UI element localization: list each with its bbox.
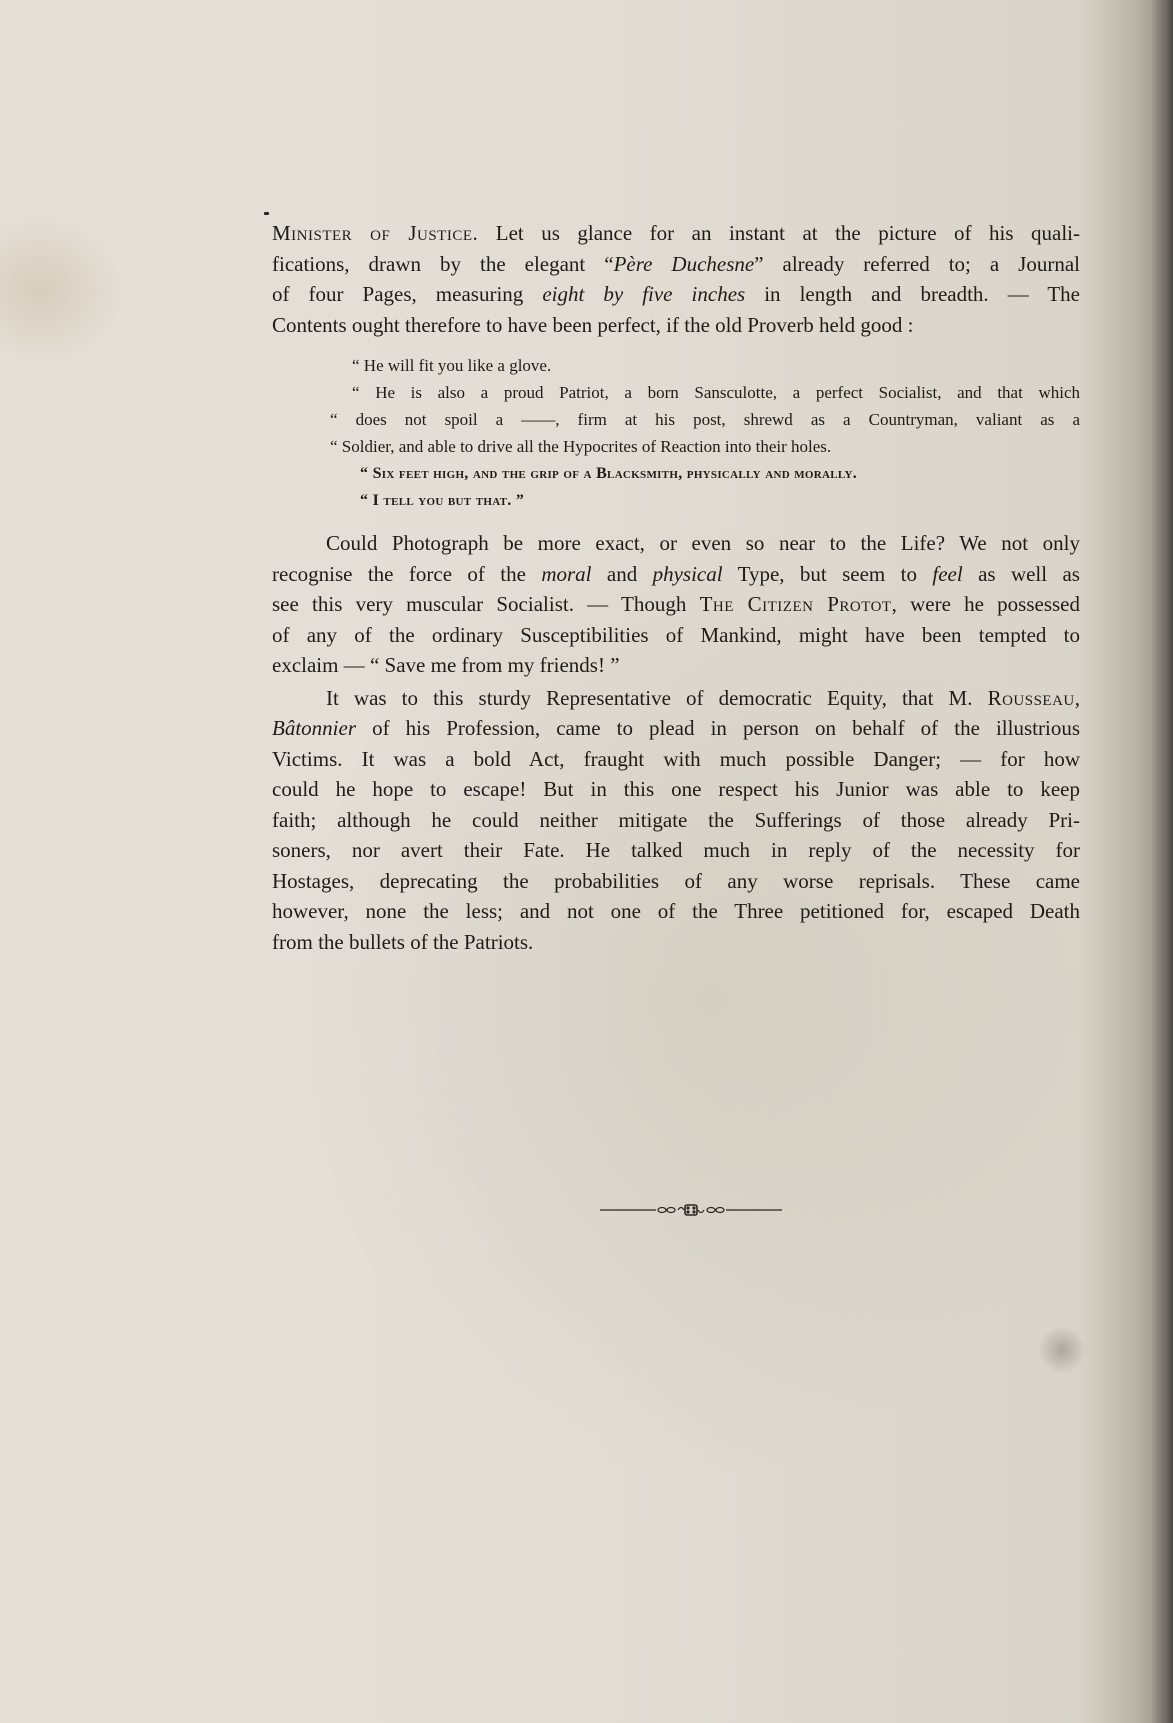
paragraph-minister-of-justice: Minister of Justice. Let us glance for a… (272, 218, 1080, 340)
text-line: faith; although he could neither mitigat… (272, 805, 1080, 836)
text-line: from the bullets of the Patriots. (272, 927, 1080, 958)
tailpiece-ornament-icon (600, 1202, 782, 1218)
quote-line-small-caps: “ I tell you but that. ” (272, 487, 1080, 514)
text-line: however, none the less; and not one of t… (272, 896, 1080, 927)
ink-mark (264, 212, 269, 215)
emphasis: eight by five inches (542, 282, 745, 306)
text-line: Victims. It was a bold Act, fraught with… (272, 744, 1080, 775)
scanned-book-page: Minister of Justice. Let us glance for a… (0, 0, 1173, 1723)
text-line: soners, nor avert their Fate. He talked … (272, 835, 1080, 866)
journal-title: Père Duchesne (614, 252, 755, 276)
small-caps-name: Rousseau (988, 686, 1075, 710)
paragraph-photograph: Could Photograph be more exact, or even … (272, 528, 1080, 681)
text-line: Contents ought therefore to have been pe… (272, 310, 1080, 341)
quote-line: “ Soldier, and able to drive all the Hyp… (272, 433, 1080, 460)
text-line: exclaim — “ Save me from my friends! ” (272, 650, 1080, 681)
text-line: could he hope to escape! But in this one… (272, 774, 1080, 805)
text-line: It was to this sturdy Representative of … (272, 683, 1080, 714)
quote-line: “ does not spoil a ——, firm at his post,… (272, 406, 1080, 433)
small-caps-name: The Citizen Protot (700, 592, 892, 616)
text-line: Minister of Justice. Let us glance for a… (272, 218, 1080, 249)
paragraph-rousseau: It was to this sturdy Representative of … (272, 683, 1080, 958)
book-spine-shadow (1151, 0, 1173, 1723)
text-line: of four Pages, measuring eight by five i… (272, 279, 1080, 310)
quote-line: “ He will fit you like a glove. (272, 352, 1080, 379)
quote-line-small-caps: “ Six feet high, and the grip of a Black… (272, 460, 1080, 487)
text-line: Hostages, deprecating the probabilities … (272, 866, 1080, 897)
text-line: fications, drawn by the elegant “Père Du… (272, 249, 1080, 280)
text-line: see this very muscular Socialist. — Thou… (272, 589, 1080, 620)
text-line: recognise the force of the moral and phy… (272, 559, 1080, 590)
text-line: of any of the ordinary Susceptibilities … (272, 620, 1080, 651)
quote-line: “ He is also a proud Patriot, a born San… (272, 379, 1080, 406)
text-line: Could Photograph be more exact, or even … (272, 528, 1080, 559)
page-text-block: Minister of Justice. Let us glance for a… (272, 218, 1080, 957)
block-quotation: “ He will fit you like a glove. “ He is … (272, 352, 1080, 514)
small-caps-heading: Minister of Justice. (272, 221, 478, 245)
text-line: Bâtonnier of his Profession, came to ple… (272, 713, 1080, 744)
